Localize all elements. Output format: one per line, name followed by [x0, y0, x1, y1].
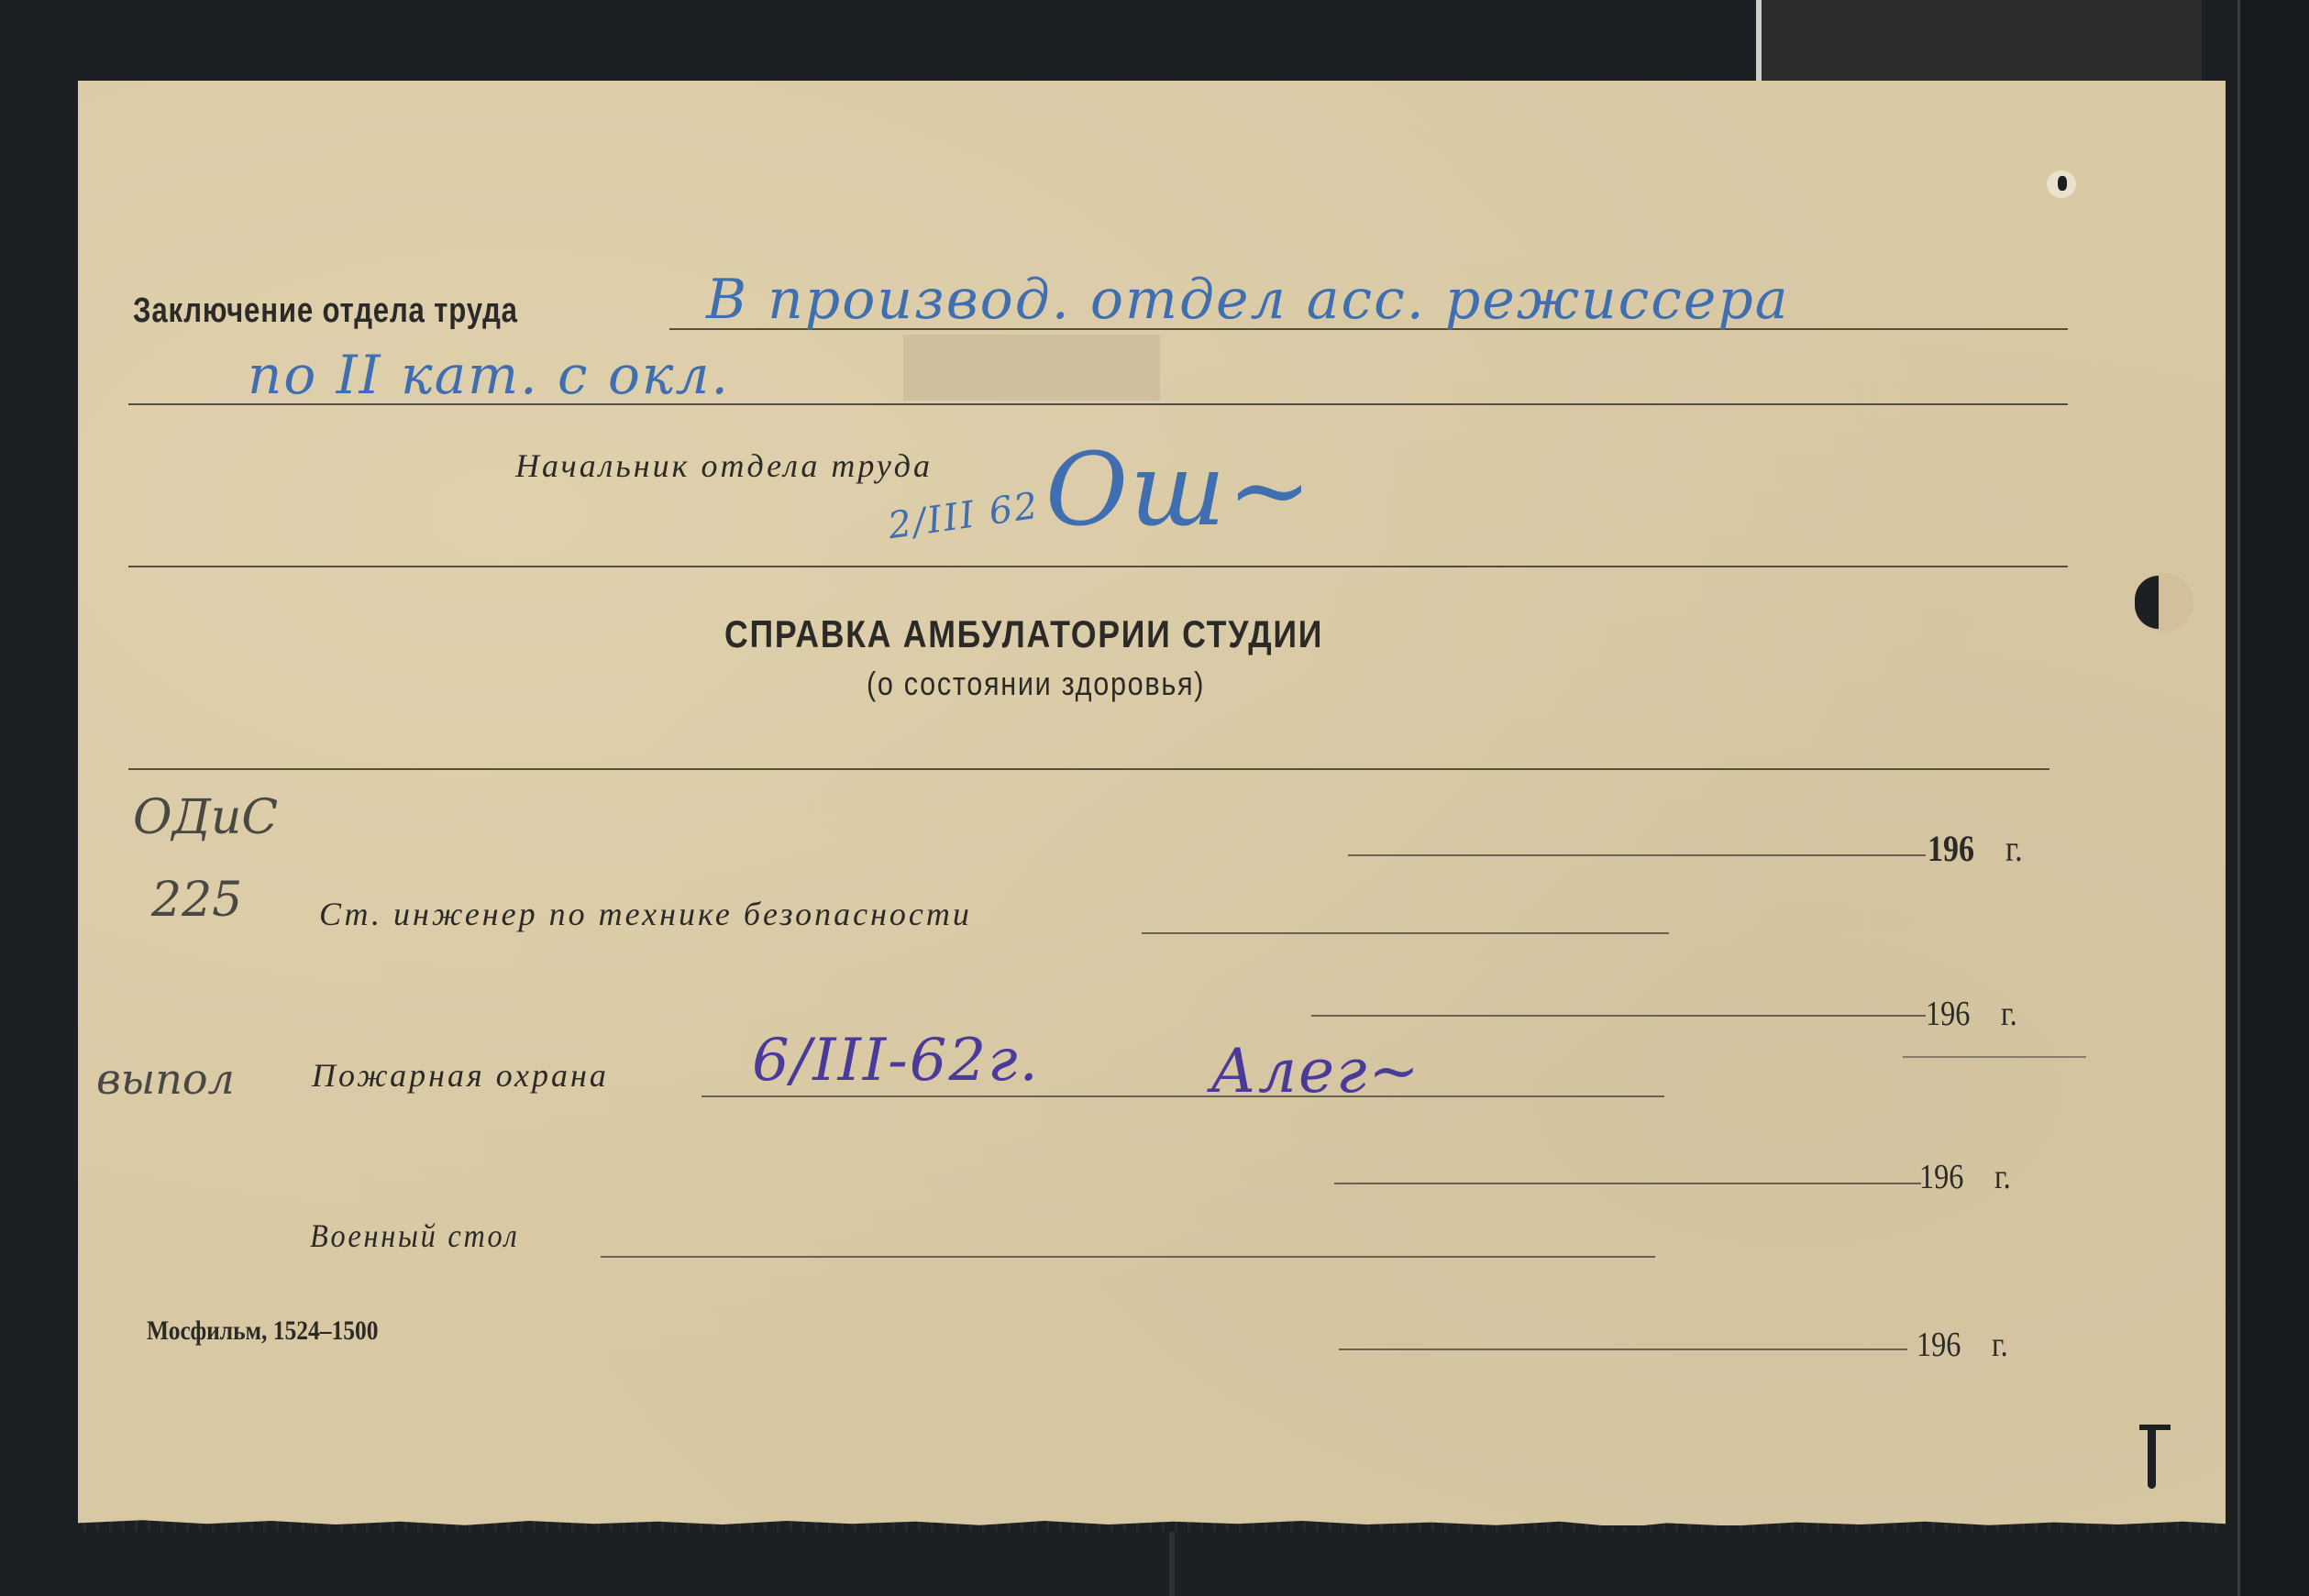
conclusion-handwritten-line1[interactable]: В производ. отдел асс. режиссера [706, 268, 1790, 332]
date-1-year: 196 г. [1928, 827, 2023, 870]
date-line-2 [1311, 1015, 1926, 1017]
margin-note-225: 225 [151, 873, 242, 928]
labor-head-line [128, 566, 2068, 567]
date-1-year-text: 196 [1928, 828, 1974, 869]
safety-engineer-line[interactable] [1142, 932, 1669, 934]
labor-dept-head-signature: Ош~ [1045, 431, 1314, 548]
fire-protection-label: Пожарная охрана [312, 1056, 609, 1095]
date-4-suffix: г. [1992, 1326, 2008, 1364]
date-1-suffix: г. [2005, 828, 2023, 869]
date-4-year-text: 196 [1917, 1326, 1961, 1364]
background-strip-top [1756, 0, 2202, 84]
document-subtitle: (о состоянии здоровья) [867, 665, 1205, 703]
date-3-year-text: 196 [1919, 1158, 1963, 1196]
punch-hole-bottom-dark2 [2148, 1430, 2156, 1489]
date-2-year-text: 196 [1926, 995, 1970, 1033]
punch-hole-top-dark [2058, 176, 2067, 191]
military-desk-line[interactable] [601, 1256, 1655, 1258]
printer-imprint: Мосфильм, 1524–1500 [147, 1315, 378, 1347]
date-2-year: 196 г. [1926, 994, 2017, 1034]
fire-protection-signature: Алег~ [1210, 1036, 1421, 1106]
background-strip-bottom [1169, 1522, 1175, 1596]
date-line-3 [1334, 1183, 1921, 1184]
date-line-1 [1348, 854, 1926, 856]
safety-engineer-label: Ст. инженер по технике безопасности [319, 895, 972, 933]
margin-note-odis: ОДиС [133, 790, 278, 845]
health-cert-line [128, 768, 2049, 770]
background-strip-right [2237, 0, 2309, 1596]
date-3-suffix: г. [1994, 1158, 2011, 1196]
date-line-4 [1339, 1348, 1907, 1350]
conclusion-handwritten-line2[interactable]: по II кат. с окл. [248, 344, 730, 406]
date-4-year: 196 г. [1917, 1325, 2008, 1365]
fire-protection-line[interactable] [702, 1095, 1664, 1097]
labor-dept-conclusion-label: Заключение отдела труда [133, 292, 518, 331]
military-desk-label: Военный стол [310, 1216, 519, 1255]
margin-note-vypol: выпол [96, 1054, 235, 1104]
date-3-year: 196 г. [1919, 1157, 2011, 1197]
document-title: СПРАВКА АМБУЛАТОРИИ СТУДИИ [724, 612, 1323, 656]
date-2-suffix: г. [2001, 995, 2017, 1033]
fire-protection-date: 6/III-62г. [752, 1027, 1040, 1095]
redacted-block [903, 335, 1160, 401]
labor-dept-head-label: Начальник отдела труда [515, 446, 933, 485]
right-margin-dash [1903, 1056, 2086, 1058]
